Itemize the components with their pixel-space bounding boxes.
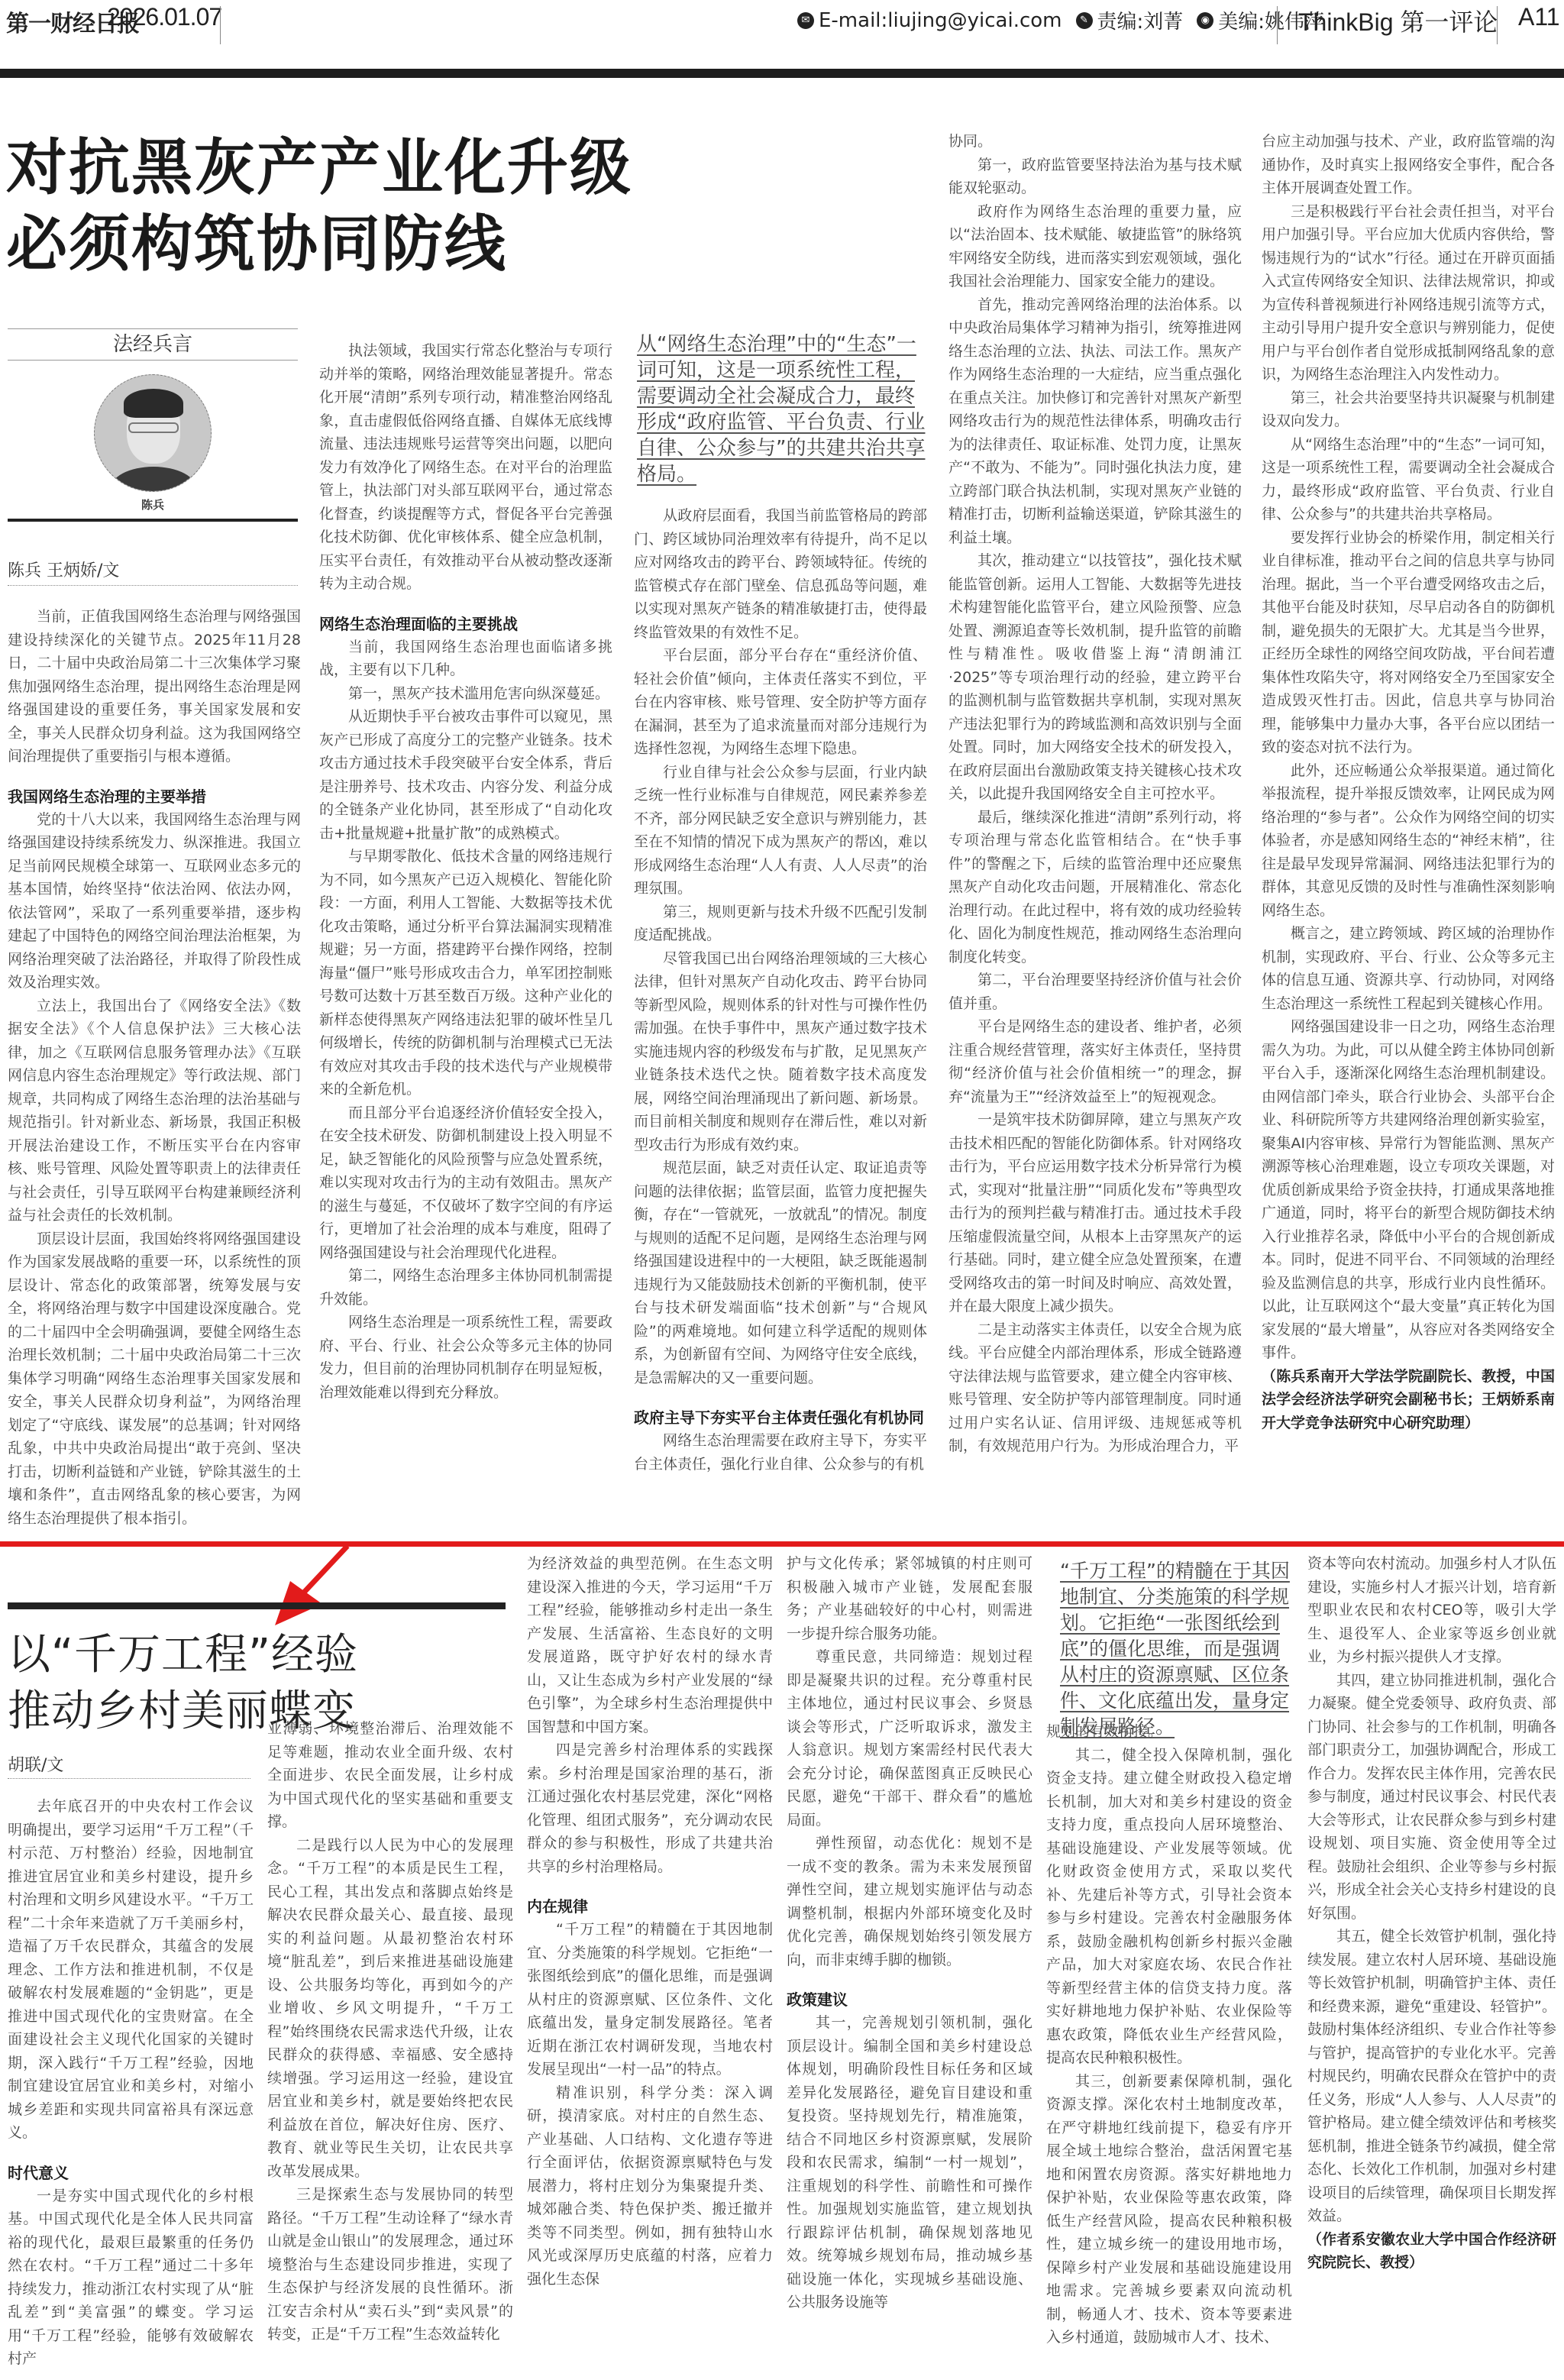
glasses-icon [128,422,179,433]
headline-line1: 对抗黑灰产产业化升级 [6,130,632,206]
paragraph: 三是积极践行平台社会责任担当，对平台用户加强引导。平台应加大优质内容供给，警惕违… [1262,200,1555,386]
masthead-contacts: ✉ E-mail:liujing@yicai.com ✎ 责编:刘菁 ◉ 美编:… [797,6,1324,34]
column-title: 法经兵言 [8,329,298,360]
paragraph: 其四，建立协同推进机制，强化合力凝聚。健全党委领导、政府负责、部门协同、社会参与… [1307,1669,1556,1926]
paragraph: 从政府层面看，我国当前监管格局的跨部门、跨区域协同治理效率有待提升，尚不足以应对… [634,504,927,644]
headline-line2: 必须构筑协同防线 [6,206,632,283]
email-text: E-mail:liujing@yicai.com [819,9,1062,32]
paragraph: 第三，社会共治要坚持共识凝聚与机制建设双向发力。 [1262,386,1555,433]
article2-column-6: 资本等向农村流动。加强乡村人才队伍建设，实施乡村人才振兴计划，培育新型职业农民和… [1307,1552,1556,2380]
editor-text: 责编:刘菁 [1097,6,1184,34]
paragraph: 四是完善乡村治理体系的实践探索。乡村治理是国家治理的基石，浙江通过强化农村基层党… [527,1738,773,1878]
author-bio: （陈兵系南开大学法学院副院长、教授，中国法学会经济法学研究会副秘书长；王炳娇系南… [1262,1365,1555,1435]
photo-caption: 陈兵 [8,496,298,513]
author-bio: （作者系安徽农业大学中国合作经济研究院院长、教授） [1307,2228,1556,2275]
paragraph: 行业自律与社会公众参与层面，行业内缺乏统一性行业标准与自律规范，网民素养参差不齐… [634,761,927,901]
editor-credit: ✎ 责编:刘菁 [1076,6,1184,34]
paragraph: 尽管我国已出台网络治理领域的三大核心法律，但针对黑灰产自动化攻击、跨平台协同等新… [634,947,927,1157]
paragraph: 第二，平台治理要坚持经济价值与社会价值并重。 [948,968,1242,1015]
paragraph: “千万工程”的精髓在于其因地制宜、分类施策的科学规划。它拒绝“一张图纸绘到底”的… [527,1918,773,2081]
article2-column-5: 规划的有效衔接。其二，健全投入保障机制，强化资金支持。建立健全财政投入稳定增长机… [1046,1720,1292,2380]
paragraph: 其次，推动建立“以技管技”，强化技术赋能监管创新。运用人工智能、大数据等先进技术… [948,549,1242,806]
section-heading: 网络生态治理面临的主要挑战 [319,613,612,635]
paragraph: 网络强国建设非一日之功，网络生态治理需久为功。为此，可以从健全跨主体协同创新平台… [1262,1015,1555,1365]
pen-icon: ✎ [1076,12,1093,29]
paragraph: 其五，健全长效管护机制，强化持续发展。建立农村人居环境、基础设施等长效管护机制，… [1307,1925,1556,2228]
red-divider-annotation [0,1541,1564,1547]
paragraph: 协同。 [948,130,1242,154]
paragraph: 一是夯实中国式现代化的乡村根基。中国式现代化是全体人民共同富裕的现代化，最艰巨最… [8,2184,254,2371]
section-heading: 政策建议 [787,1988,1032,2011]
paragraph: 政府作为网络生态治理的重要力量，应以“法治固本、技术赋能、敏捷监管”的脉络筑牢网… [948,200,1242,293]
article1-column-3: 从政府层面看，我国当前监管格局的跨部门、跨区域协同治理效率有待提升，尚不足以应对… [634,504,927,1531]
mail-icon: ✉ [797,12,814,29]
paragraph: 第三，规则更新与技术升级不匹配引发制度适配挑战。 [634,901,927,947]
column-box: 法经兵言 陈兵 [8,328,298,522]
section-heading: 内在规律 [527,1895,773,1918]
paragraph: 第二，网络生态治理多主体协同机制需提升效能。 [319,1264,612,1311]
issue-date: 2026.01.07 [107,3,221,31]
paragraph: 执法领域，我国实行常态化整治与专项行动并举的策略，网络治理效能显著提升。常态化开… [319,339,612,596]
paragraph: 此外，还应畅通公众举报渠道。通过简化举报流程，提升举报反馈效率，让网民成为网络治… [1262,759,1555,923]
paragraph: 与早期零散化、低技术含量的网络违规行为不同，如今黑灰产已迈入规模化、智能化阶段：… [319,845,612,1101]
paragraph: 当前，正值我国网络生态治理与网络强国建设持续深化的关键节点。2025年11月28… [8,605,301,768]
paragraph: 业薄弱、环境整治滞后、治理效能不足等难题，推动农业全面升级、农村全面进步、农民全… [267,1717,513,1834]
paragraph: 其二，健全投入保障机制，强化资金支持。建立健全财政投入稳定增长机制，加大对和美乡… [1046,1744,1292,2070]
paragraph: 顶层设计层面，我国始终将网络强国建设作为国家发展战略的重要一环，以系统性的顶层设… [8,1227,301,1531]
paragraph: 首先，推动完善网络治理的法治体系。以中央政治局集体学习精神为指引，统筹推进网络生… [948,293,1242,550]
paragraph: 从“网络生态治理”中的“生态”一词可知，这是一项系统性工程，需要调动全社会凝成合… [1262,433,1555,526]
page-number: A11 [1518,3,1560,31]
paragraph: 尊重民意，共同缔造：规划过程即是凝聚共识的过程。充分尊重村民主体地位，通过村民议… [787,1645,1032,1832]
paragraph: 二是践行以人民为中心的发展理念。“千万工程”的本质是民生工程，民心工程，其出发点… [267,1834,513,2184]
paragraph: 网络生态治理是一项系统性工程，需要政府、平台、行业、社会公众等多元主体的协同发力… [319,1311,612,1404]
paragraph: 平台层面，部分平台存在“重经济价值、轻社会价值”倾向，主体责任落实不到位，平台在… [634,644,927,761]
section-name: ThinkBig 第一评论 [1298,3,1498,38]
paragraph: 而且部分平台追逐经济价值轻安全投入，在安全技术研发、防御机制建设上投入明显不足，… [319,1101,612,1265]
section-heading: 时代意义 [8,2162,254,2184]
paragraph: 护与文化传承；紧邻城镇的村庄则可积极融入城市产业链，发展配套服务；产业基础较好的… [787,1552,1032,1645]
paragraph: 台应主动加强与技术、产业，政府监管端的沟通协作，及时真实上报网络安全事件，配合各… [1262,130,1555,200]
masthead-divider [220,6,221,44]
rule [8,360,298,361]
article2-pull-quote: “千万工程”的精髓在于其因地制宜、分类施策的科学规划。它拒绝“一张图纸绘到底”的… [1060,1558,1297,1740]
paragraph: 从近期快手平台被攻击事件可以窥见，黑灰产已形成了高度分工的完整产业链条。技术攻击… [319,705,612,845]
article1-byline: 陈兵 王炳娇/文 [8,558,119,581]
paragraph: 规划的有效衔接。 [1046,1720,1292,1744]
paragraph: 平台是网络生态的建设者、维护者，必须注重合规经营管理，落实好主体责任，坚持贯彻“… [948,1015,1242,1108]
article1-column-2: 执法领域，我国实行常态化整治与专项行动并举的策略，网络治理效能显著提升。常态化开… [319,339,612,1531]
article2-column-4: 护与文化传承；紧邻城镇的村庄则可积极融入城市产业链，发展配套服务；产业基础较好的… [787,1552,1032,2380]
paragraph: 立法上，我国出台了《网络安全法》《数据安全法》《个人信息保护法》三大核心法律，加… [8,994,301,1227]
section-heading: 政府主导下夯实平台主体责任强化有机协同 [634,1406,927,1429]
article2-column-1: 去年底召开的中央农村工作会议明确提出，要学习运用“千万工程”（千村示范、万村整治… [8,1795,254,2380]
paragraph: 党的十八大以来，我国网络生态治理与网络强国建设持续系统发力、纵深推进。我国立足当… [8,808,301,994]
red-arrow-icon [267,1541,367,1625]
article2-column-3: 为经济效益的典型范例。在生态文明建设深入推进的今天，学习运用“千万工程”经验，能… [527,1552,773,2380]
article1-column-5: 台应主动加强与技术、产业，政府监管端的沟通协作，及时真实上报网络安全事件，配合各… [1262,130,1555,1531]
paragraph: 弹性预留，动态优化：规划不是一成不变的教条。需为未来发展预留弹性空间，建立规划实… [787,1832,1032,1971]
article1-column-4: 协同。第一，政府监管要坚持法治为基与技术赋能双轮驱动。政府作为网络生态治理的重要… [948,130,1242,1531]
palette-icon: ◉ [1197,12,1213,29]
masthead-divider [1277,6,1278,44]
paragraph: 资本等向农村流动。加强乡村人才队伍建设，实施乡村人才振兴计划，培育新型职业农民和… [1307,1552,1556,1669]
article1-headline: 对抗黑灰产产业化升级 必须构筑协同防线 [6,130,632,283]
email-contact[interactable]: ✉ E-mail:liujing@yicai.com [797,9,1062,32]
paragraph: 规范层面，缺乏对责任认定、取证追责等问题的法律依据；监管层面，监管力度把握失衡，… [634,1156,927,1389]
article1-column-1: 当前，正值我国网络生态治理与网络强国建设持续深化的关键节点。2025年11月28… [8,605,301,1531]
paragraph: 其三，创新要素保障机制，强化资源支撑。深化农村土地制度改革，在严守耕地红线前提下… [1046,2070,1292,2349]
paragraph: 概言之，建立跨领域、跨区域的治理协作机制，实现政府、平台、行业、公众等多元主体的… [1262,922,1555,1015]
article1-pull-quote: 从“网络生态治理”中的“生态”一词可知，这是一项系统性工程，需要调动全社会凝成合… [637,331,927,487]
article2-column-2: 业薄弱、环境整治滞后、治理效能不足等难题，推动农业全面升级、农村全面进步、农民全… [267,1717,513,2380]
paragraph: 要发挥行业协会的桥梁作用，制定相关行业自律标准，推动平台之间的信息共享与协同治理… [1262,526,1555,759]
paragraph: 第一，政府监管要坚持法治为基与技术赋能双轮驱动。 [948,154,1242,200]
masthead-rule [0,69,1564,78]
article2-headline-rule [8,1602,506,1609]
section-heading: 我国网络生态治理的主要举措 [8,785,301,808]
paragraph: 网络生态治理需要在政府主导下，夯实平台主体责任，强化行业自律、公众参与的有机 [634,1429,927,1476]
paragraph: 为经济效益的典型范例。在生态文明建设深入推进的今天，学习运用“千万工程”经验，能… [527,1552,773,1738]
paragraph: 精准识别，科学分类：深入调研，摸清家底。对村庄的自然生态、产业基础、人口结构、文… [527,2081,773,2291]
paragraph: 第一，黑灰产技术滥用危害向纵深蔓延。 [319,682,612,706]
byline-rule [8,585,298,586]
masthead: 第一财经日报 2026.01.07 ✉ E-mail:liujing@yicai… [0,0,1564,44]
paragraph: 当前，我国网络生态治理也面临诸多挑战，主要有以下几种。 [319,635,612,682]
paragraph: 去年底召开的中央农村工作会议明确提出，要学习运用“千万工程”（千村示范、万村整治… [8,1795,254,2145]
paragraph: 最后，继续深化推进“清朗”系列行动，将专项治理与常态化监管相结合。在“快手事件”… [948,806,1242,969]
author-photo [94,374,212,492]
paragraph: 三是探索生态与发展协同的转型路径。“千万工程”生动诠释了“绿水青山就是金山银山”… [267,2183,513,2346]
paragraph: 其一，完善规划引领机制，强化顶层设计。编制全国和美乡村建设总体规划，明确阶段性目… [787,2011,1032,2314]
article2-byline: 胡联/文 [8,1752,63,1776]
rule [8,519,298,522]
byline-rule [8,1778,250,1779]
paragraph: 二是主动落实主体责任，以安全合规为底线。平台应健全内部治理体系，形成全链路遵守法… [948,1318,1242,1458]
masthead-divider [1497,6,1498,44]
headline-line1: 以“千万工程”经验 [8,1627,358,1683]
paragraph: 一是筑牢技术防御屏障，建立与黑灰产攻击技术相匹配的智能化防御体系。针对网络攻击行… [948,1108,1242,1318]
